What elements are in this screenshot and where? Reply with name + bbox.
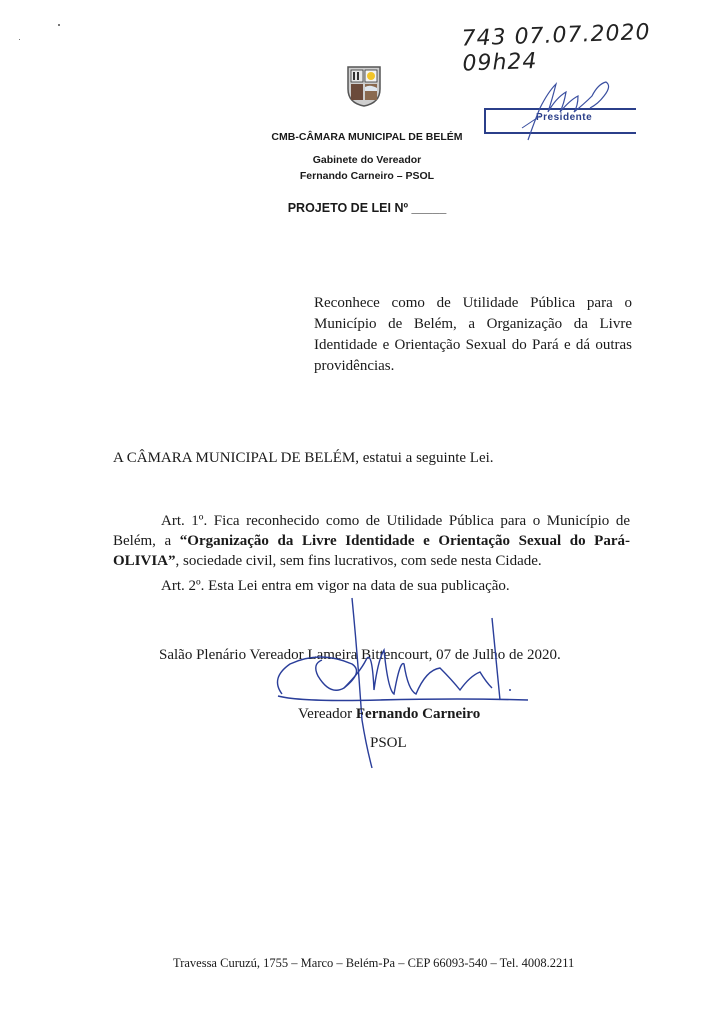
institution-name: CMB-CÂMARA MUNICIPAL DE BELÉM: [157, 131, 577, 143]
article-1-tail: , sociedade civil, sem fins lucrativos, …: [176, 553, 542, 569]
preamble-rest: , estatui a seguinte Lei.: [355, 450, 493, 466]
signer-line: Vereador Fernando Carneiro: [298, 706, 480, 723]
office-name: Gabinete do Vereador: [157, 154, 577, 166]
coat-of-arms-icon: [346, 63, 382, 107]
protocol-handwritten-note: 743 07.07.2020 09h24: [461, 17, 725, 76]
signer-name: Fernando Carneiro: [356, 706, 480, 722]
preamble: A CÂMARA MUNICIPAL DE BELÉM, estatui a s…: [113, 450, 494, 467]
article-2: Art. 2º. Esta Lei entra em vigor na data…: [161, 578, 510, 595]
councilor-name: Fernando Carneiro – PSOL: [157, 170, 577, 182]
scan-speck: [19, 39, 20, 40]
article-1: Art. 1º. Fica reconhecido como de Utilid…: [113, 511, 630, 571]
preamble-subject: A CÂMARA MUNICIPAL DE BELÉM: [113, 450, 355, 466]
signer-party: PSOL: [370, 735, 407, 752]
footer-address: Travessa Curuzú, 1755 – Marco – Belém-Pa…: [173, 956, 574, 971]
stamp-label: Presidente: [536, 112, 592, 123]
bill-summary: Reconhece como de Utilidade Pública para…: [314, 293, 632, 377]
bill-title: PROJETO DE LEI Nº _____: [157, 201, 577, 215]
place-and-date: Salão Plenário Vereador Lameira Bittenco…: [159, 647, 561, 664]
signer-prefix: Vereador: [298, 706, 356, 722]
scan-speck: [58, 24, 60, 26]
